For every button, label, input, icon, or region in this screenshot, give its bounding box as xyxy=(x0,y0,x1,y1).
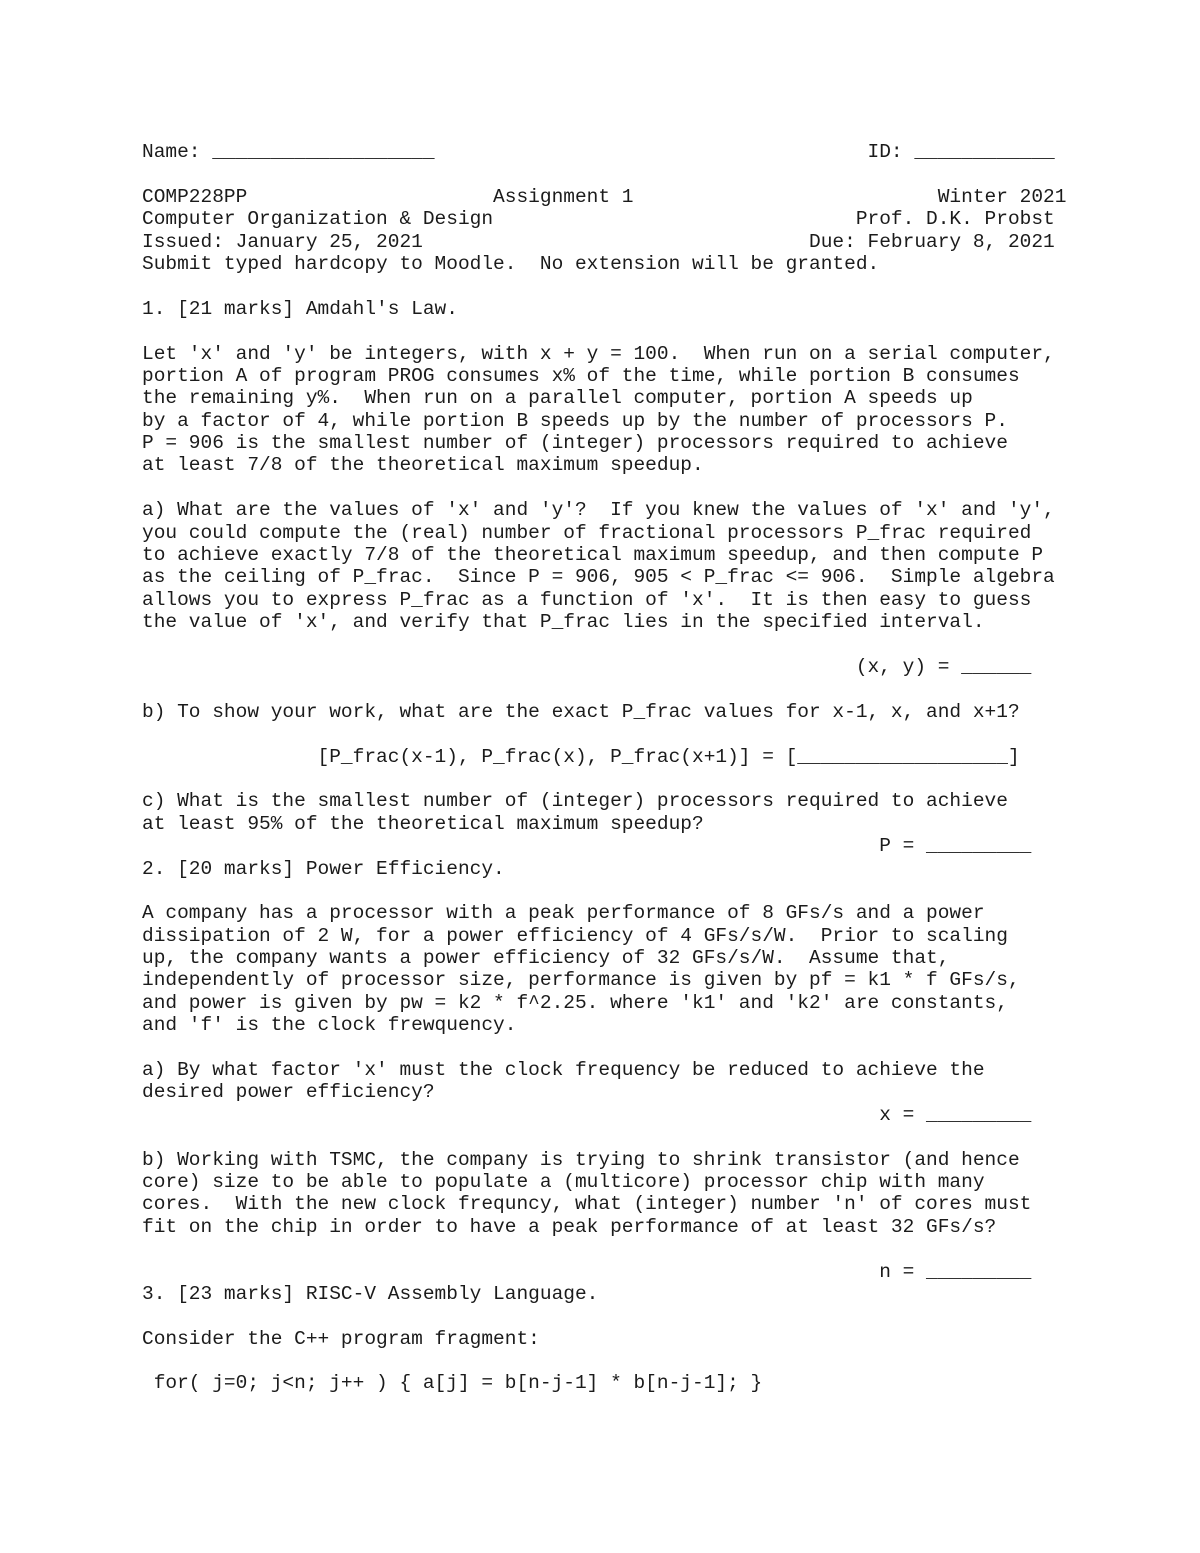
q1-intro-line-2: portion A of program PROG consumes x% of… xyxy=(142,365,1066,387)
q1a-line-4: as the ceiling of P_frac. Since P = 906,… xyxy=(142,566,1066,588)
q2-intro-line-6: and 'f' is the clock frewquency. xyxy=(142,1014,1066,1036)
blank-line xyxy=(142,723,1066,745)
q3-code-line: for( j=0; j<n; j++ ) { a[j] = b[n-j-1] *… xyxy=(142,1372,1066,1394)
q2b-line-1: b) Working with TSMC, the company is try… xyxy=(142,1149,1066,1171)
q1a-line-1: a) What are the values of 'x' and 'y'? I… xyxy=(142,499,1066,521)
q1-intro-line-3: the remaining y%. When run on a parallel… xyxy=(142,387,1066,409)
q2b-line-4: fit on the chip in order to have a peak … xyxy=(142,1216,1066,1238)
q2a-answer-blank: x = _________ xyxy=(142,1104,1066,1126)
q2a-line-2: desired power efficiency? xyxy=(142,1081,1066,1103)
blank-line xyxy=(142,880,1066,902)
q2-intro-line-2: dissipation of 2 W, for a power efficien… xyxy=(142,925,1066,947)
q2-intro-line-5: and power is given by pw = k2 * f^2.25. … xyxy=(142,992,1066,1014)
blank-line xyxy=(142,768,1066,790)
blank-line xyxy=(142,1126,1066,1148)
blank-line xyxy=(142,320,1066,342)
q2-heading: 2. [20 marks] Power Efficiency. xyxy=(142,858,1066,880)
q2-intro-line-3: up, the company wants a power efficiency… xyxy=(142,947,1066,969)
course-name-professor-line: Computer Organization & Design Prof. D.K… xyxy=(142,208,1066,230)
blank-line xyxy=(142,1238,1066,1260)
assignment-page: Name: ___________________ ID: __________… xyxy=(0,0,1200,1553)
blank-line xyxy=(142,275,1066,297)
q1c-line-1: c) What is the smallest number of (integ… xyxy=(142,790,1066,812)
blank-line xyxy=(142,477,1066,499)
q1-intro-line-1: Let 'x' and 'y' be integers, with x + y … xyxy=(142,343,1066,365)
q1-heading: 1. [21 marks] Amdahl's Law. xyxy=(142,298,1066,320)
q1c-line-2: at least 95% of the theoretical maximum … xyxy=(142,813,1066,835)
blank-line xyxy=(142,1350,1066,1372)
blank-line xyxy=(142,163,1066,185)
name-id-line: Name: ___________________ ID: __________… xyxy=(142,141,1066,163)
q1a-line-5: allows you to express P_frac as a functi… xyxy=(142,589,1066,611)
q1-intro-line-6: at least 7/8 of the theoretical maximum … xyxy=(142,454,1066,476)
q1-intro-line-4: by a factor of 4, while portion B speeds… xyxy=(142,410,1066,432)
q2b-answer-blank: n = _________ xyxy=(142,1261,1066,1283)
q3-heading: 3. [23 marks] RISC-V Assembly Language. xyxy=(142,1283,1066,1305)
document-body: Name: ___________________ ID: __________… xyxy=(142,141,1066,1395)
q3-intro-line: Consider the C++ program fragment: xyxy=(142,1328,1066,1350)
blank-line xyxy=(142,634,1066,656)
course-code-title-term-line: COMP228PP Assignment 1 Winter 2021 xyxy=(142,186,1066,208)
blank-line xyxy=(142,1037,1066,1059)
q1a-line-6: the value of 'x', and verify that P_frac… xyxy=(142,611,1066,633)
q1a-line-3: to achieve exactly 7/8 of the theoretica… xyxy=(142,544,1066,566)
q2a-line-1: a) By what factor 'x' must the clock fre… xyxy=(142,1059,1066,1081)
q1c-answer-blank: P = _________ xyxy=(142,835,1066,857)
q2-intro-line-4: independently of processor size, perform… xyxy=(142,969,1066,991)
submission-note-line: Submit typed hardcopy to Moodle. No exte… xyxy=(142,253,1066,275)
blank-line xyxy=(142,1305,1066,1327)
q1a-line-2: you could compute the (real) number of f… xyxy=(142,522,1066,544)
q2-intro-line-1: A company has a processor with a peak pe… xyxy=(142,902,1066,924)
q1b-answer-blank: [P_frac(x-1), P_frac(x), P_frac(x+1)] = … xyxy=(142,746,1066,768)
q2b-line-2: core) size to be able to populate a (mul… xyxy=(142,1171,1066,1193)
q1-intro-line-5: P = 906 is the smallest number of (integ… xyxy=(142,432,1066,454)
q1a-answer-blank: (x, y) = ______ xyxy=(142,656,1066,678)
q2b-line-3: cores. With the new clock frequncy, what… xyxy=(142,1193,1066,1215)
q1b-line-1: b) To show your work, what are the exact… xyxy=(142,701,1066,723)
blank-line xyxy=(142,678,1066,700)
issued-due-line: Issued: January 25, 2021 Due: February 8… xyxy=(142,231,1066,253)
